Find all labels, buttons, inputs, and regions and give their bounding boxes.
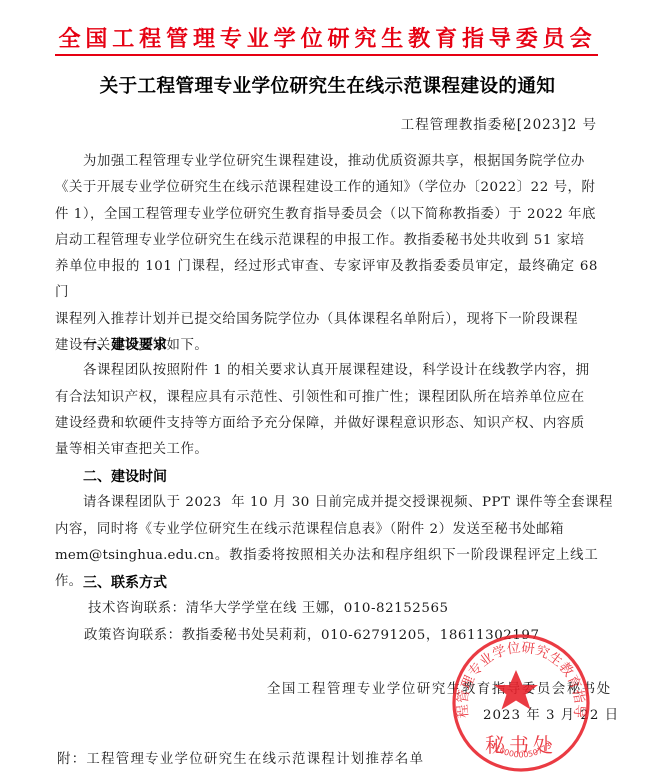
section-contacts: 三、联系方式 技术咨询联系：清华大学学堂在线 王娜，010-82152565 政… xyxy=(55,570,598,649)
issue-date: 2023 年 3 月 22 日 xyxy=(483,705,619,727)
intro-line: 为加强工程管理专业学位研究生课程建设，推动优质资源共享，根据国务院学位办 xyxy=(55,149,598,175)
intro-line: 启动工程管理专业学位研究生在线示范课程的申报工作。教指委秘书处共收到 51 家培 xyxy=(55,228,598,254)
intro-line: 养单位申报的 101 门课程，经过形式审查、专家评审及教指委委员审定，最终确定 … xyxy=(55,254,598,307)
section-heading: 三、联系方式 xyxy=(55,570,598,596)
contact-value: 教指委秘书处吴莉莉，010-62791205，18611302197 xyxy=(182,628,540,643)
section-line: 内容，同时将《专业学位研究生在线示范课程信息表》（附件 2）发送至秘书处邮箱 xyxy=(55,517,598,543)
notice-title: 关于工程管理专业学位研究生在线示范课程建设的通知 xyxy=(55,75,600,99)
section-requirements: 一、建设要求 各课程团队按照附件 1 的相关要求认真开展课程建设，科学设计在线教… xyxy=(55,332,598,463)
policy-contact: 政策咨询联系：教指委秘书处吴莉莉，010-62791205，1861130219… xyxy=(55,623,598,649)
section-line: 量等相关审查把关工作。 xyxy=(55,437,598,463)
svg-text:秘书处: 秘书处 xyxy=(485,733,557,757)
organization-header: 全国工程管理专业学位研究生教育指导委员会 xyxy=(55,26,600,54)
issuer-signature: 全国工程管理专业学位研究生教育指导委员会秘书处 xyxy=(267,679,612,701)
intro-line: 课程列入推荐计划并已提交给国务院学位办（具体课程名单附后），现将下一阶段课程 xyxy=(55,307,598,333)
contact-label: 技术咨询联系： xyxy=(88,601,186,616)
section-line: 建设经费和软硬件支持等方面给予充分保障，并做好课程意识形态、知识产权、内容质 xyxy=(55,411,598,437)
contact-value: 清华大学学堂在线 王娜，010-82152565 xyxy=(186,601,449,616)
attachment-note: 附：工程管理专业学位研究生在线示范课程计划推荐名单 xyxy=(57,749,424,771)
intro-line: 《关于开展专业学位研究生在线示范课程建设工作的通知》（学位办〔2022〕22 号… xyxy=(55,175,598,201)
contact-label: 政策咨询联系： xyxy=(84,628,182,643)
document-number: 工程管理教指委秘[2023]2 号 xyxy=(401,115,597,135)
official-seal-icon: 全国工程管理专业学位研究生教育指导委员会 秘书处 1100000050773 xyxy=(450,632,592,774)
section-line: 请各课程团队于 2023 年 10 月 30 日前完成并提交授课视频、PPT 课… xyxy=(55,490,598,516)
section-heading: 二、建设时间 xyxy=(55,464,598,490)
section-heading: 一、建设要求 xyxy=(55,332,598,358)
svg-text:1100000050773: 1100000050773 xyxy=(489,741,553,759)
section-line: 各课程团队按照附件 1 的相关要求认真开展课程建设，科学设计在线教学内容，拥 xyxy=(55,358,598,384)
red-divider xyxy=(55,54,598,56)
section-line: 有合法知识产权，课程应具有示范性、引领性和可推广性；课程团队所在培养单位应在 xyxy=(55,385,598,411)
tech-contact: 技术咨询联系：清华大学学堂在线 王娜，010-82152565 xyxy=(55,596,598,622)
intro-line: 件 1），全国工程管理专业学位研究生教育指导委员会（以下简称教指委）于 2022… xyxy=(55,202,598,228)
intro-paragraph: 为加强工程管理专业学位研究生课程建设，推动优质资源共享，根据国务院学位办 《关于… xyxy=(55,149,598,359)
